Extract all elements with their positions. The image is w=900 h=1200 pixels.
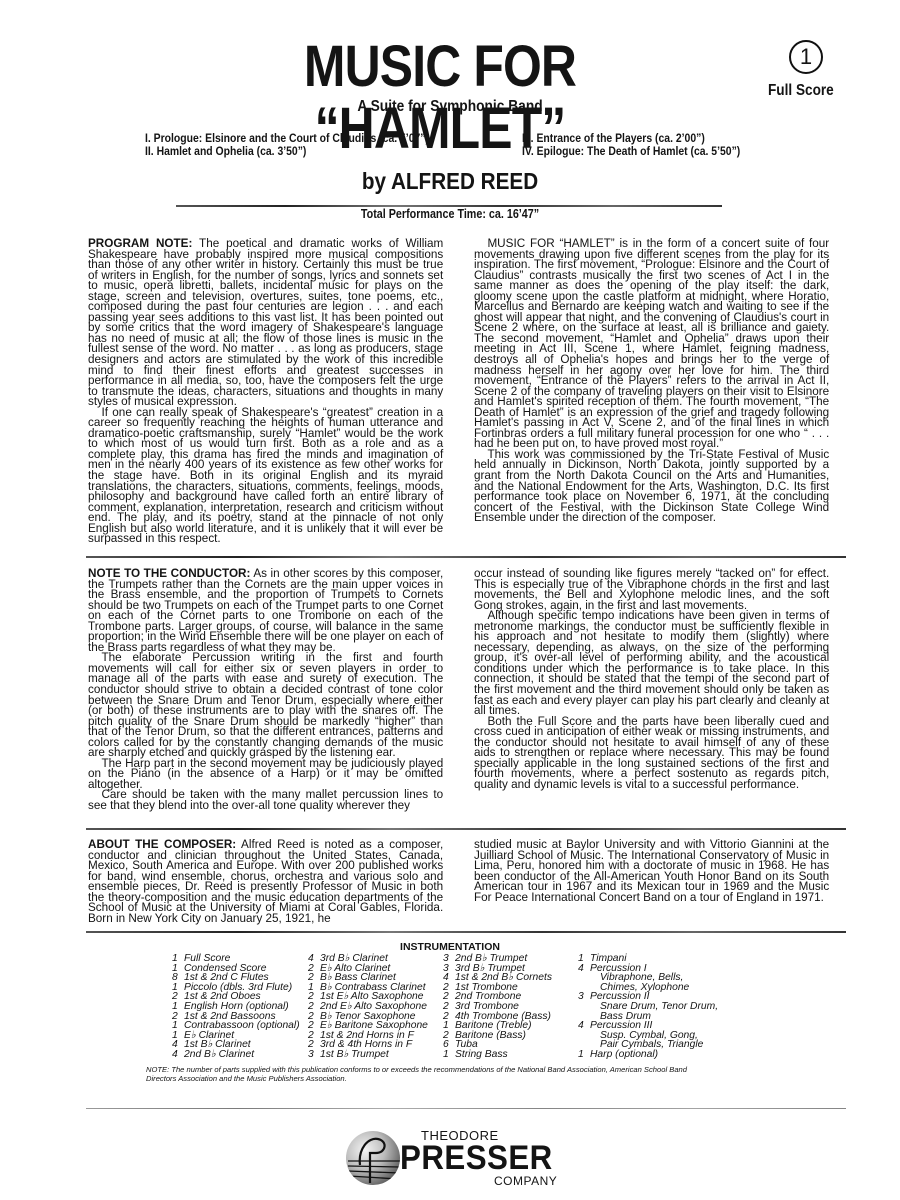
about-composer-right-column: studied music at Baylor University and w… — [474, 839, 829, 902]
program-note-paragraph: The poetical and dramatic works of Willi… — [88, 236, 443, 408]
movement-4: IV. Epilogue: The Death of Hamlet (ca. 5… — [522, 145, 740, 158]
program-note-left-column: PROGRAM NOTE: The poetical and dramatic … — [88, 238, 443, 544]
conductor-note-paragraph: Both the Full Score and the parts have b… — [474, 716, 829, 790]
subtitle: A Suite for Symphonic Band — [235, 98, 665, 116]
instrumentation-note: NOTE: The number of parts supplied with … — [146, 1066, 716, 1083]
movements-list-right: III. Entrance of the Players (ca. 2’00”)… — [522, 132, 740, 158]
conductor-note-paragraph: As in other scores by this composer, the… — [88, 566, 443, 654]
instrument-item: 31st B♭ Trumpet — [308, 1050, 428, 1060]
conductor-note-paragraph: The Harp part in the second movement may… — [88, 758, 443, 790]
total-performance-time: Total Performance Time: ca. 16’47” — [235, 207, 665, 221]
about-composer-text: Alfred Reed is noted as a composer, cond… — [88, 837, 443, 925]
instrumentation-column-3: 32nd B♭ Trumpet 33rd B♭ Trumpet 41st & 2… — [443, 954, 552, 1060]
footer-divider — [86, 1108, 846, 1109]
section-divider — [86, 931, 846, 933]
instrument-item: 1Harp (optional) — [578, 1050, 718, 1060]
part-label: Full Score — [768, 82, 834, 100]
program-note-paragraph: If one can really speak of Shakespeare's… — [88, 407, 443, 544]
conductor-note-paragraph: Although specific tempo indications have… — [474, 610, 829, 715]
conductor-note-paragraph: The elaborate Percussion writing in the … — [88, 652, 443, 757]
instrumentation-heading: INSTRUMENTATION — [300, 941, 600, 953]
conductor-note-paragraph: occur instead of sounding like figures m… — [474, 568, 829, 610]
about-composer-text: studied music at Baylor University and w… — [474, 839, 829, 902]
publisher-name-line3: COMPANY — [494, 1174, 557, 1188]
publisher-logo: THEODORE PRESSER COMPANY — [346, 1128, 586, 1188]
movements-list-left: I. Prologue: Elsinore and the Court of C… — [145, 132, 429, 158]
program-note-right-column: MUSIC FOR “HAMLET” is in the form of a c… — [474, 238, 829, 523]
movement-2: II. Hamlet and Ophelia (ca. 3’50”) — [145, 145, 429, 158]
program-note-paragraph: This work was commissioned by the Tri-St… — [474, 449, 829, 523]
program-note-paragraph: MUSIC FOR “HAMLET” is in the form of a c… — [474, 238, 829, 449]
instrumentation-column-1: 1Full Score 1Condensed Score 81st & 2nd … — [172, 954, 300, 1060]
conductor-note-paragraph: Care should be taken with the many malle… — [88, 789, 443, 810]
about-composer-left-column: ABOUT THE COMPOSER: Alfred Reed is noted… — [88, 839, 443, 923]
instrumentation-column-4: 1Timpani 4Percussion I Vibraphone, Bells… — [578, 954, 718, 1060]
section-divider — [86, 828, 846, 830]
part-number-badge: 1 — [789, 40, 823, 74]
conductor-note-right-column: occur instead of sounding like figures m… — [474, 568, 829, 789]
composer-byline: by ALFRED REED — [225, 168, 675, 195]
conductor-note-left-column: NOTE TO THE CONDUCTOR: As in other score… — [88, 568, 443, 811]
publisher-name-line2: PRESSER — [400, 1139, 553, 1178]
instrumentation-column-2: 43rd B♭ Clarinet 2E♭ Alto Clarinet 2B♭ B… — [308, 954, 428, 1060]
section-divider — [86, 556, 846, 558]
instrument-item: 42nd B♭ Clarinet — [172, 1050, 300, 1060]
globe-staff-icon — [346, 1131, 400, 1185]
instrument-item: 1String Bass — [443, 1050, 552, 1060]
